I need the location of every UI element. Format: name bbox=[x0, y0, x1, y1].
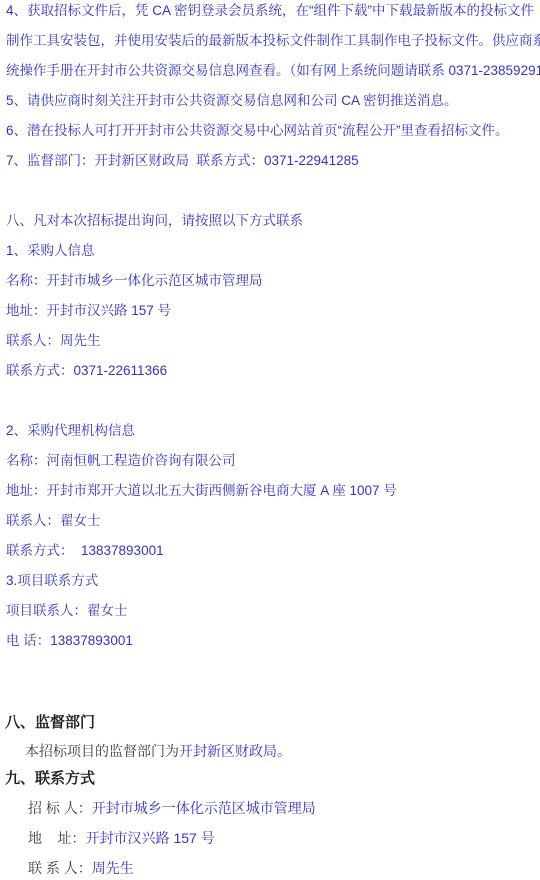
notice-item5: 5、请供应商时刻关注开封市公共资源交易信息网和公司 CA 密钥推送消息。 bbox=[0, 86, 540, 116]
contact-info-heading: 九、联系方式 bbox=[0, 765, 540, 793]
agency-info-heading: 2、采购代理机构信息 bbox=[0, 416, 540, 446]
contact-row-person: 联 系 人：周先生 bbox=[0, 853, 540, 880]
notice-item6: 6、潜在投标人可打开开封市公共资源交易中心网站首页“流程公开”里查看招标文件。 bbox=[0, 116, 540, 146]
project-contact-person: 项目联系人：翟女士 bbox=[0, 596, 540, 626]
supervision-body-prefix: 本招标项目的监督部门为 bbox=[25, 743, 179, 759]
purchaser-contact-person: 联系人：周先生 bbox=[0, 326, 540, 356]
agency-name: 名称：河南恒帆工程造价咨询有限公司 bbox=[0, 446, 540, 476]
contact-row-address: 地 址：开封市汉兴路 157 号 bbox=[0, 823, 540, 853]
inquiry-heading: 八、凡对本次招标提出询问，请按照以下方式联系 bbox=[0, 206, 540, 236]
notice-and-inquiry-section: 4、获取招标文件后，凭 CA 密钥登录会员系统，在“组件下载”中下载最新版本的投… bbox=[0, 0, 540, 656]
blank-line bbox=[0, 386, 540, 416]
agency-phone: 联系方式： 13837893001 bbox=[0, 536, 540, 566]
tenderer-value: 开封市城乡一体化示范区城市管理局 bbox=[92, 800, 316, 816]
section-gap bbox=[0, 656, 540, 709]
contact-person-label: 联 系 人： bbox=[28, 860, 92, 876]
notice-item4-line1: 4、获取招标文件后，凭 CA 密钥登录会员系统，在“组件下载”中下载最新版本的投… bbox=[0, 0, 540, 26]
project-contact-heading: 3.项目联系方式 bbox=[0, 566, 540, 596]
supervision-dept-heading: 八、监督部门 bbox=[0, 709, 540, 737]
contact-row-tenderer: 招 标 人：开封市城乡一体化示范区城市管理局 bbox=[0, 793, 540, 823]
agency-contact-person: 联系人：翟女士 bbox=[0, 506, 540, 536]
notice-item4-line3: 统操作手册在开封市公共资源交易信息网查看。（如有网上系统问题请联系 0371-2… bbox=[0, 56, 540, 86]
supervision-and-contact-section: 八、监督部门 本招标项目的监督部门为开封新区财政局。 九、联系方式 招 标 人：… bbox=[0, 709, 540, 880]
address-label: 地 址： bbox=[28, 830, 86, 846]
agency-address: 地址：开封市郑开大道以北五大街西侧新谷电商大厦 A 座 1007 号 bbox=[0, 476, 540, 506]
supervision-dept-body: 本招标项目的监督部门为开封新区财政局。 bbox=[0, 737, 540, 765]
notice-item4-line2: 制作工具安装包，并使用安装后的最新版本投标文件制作工具制作电子投标文件。供应商系 bbox=[0, 26, 540, 56]
purchaser-info-heading: 1、采购人信息 bbox=[0, 236, 540, 266]
purchaser-phone: 联系方式：0371-22611366 bbox=[0, 356, 540, 386]
purchaser-name: 名称：开封市城乡一体化示范区城市管理局 bbox=[0, 266, 540, 296]
tenderer-label: 招 标 人： bbox=[28, 800, 92, 816]
purchaser-address: 地址：开封市汉兴路 157 号 bbox=[0, 296, 540, 326]
document-page: 4、获取招标文件后，凭 CA 密钥登录会员系统，在“组件下载”中下载最新版本的投… bbox=[0, 0, 540, 880]
address-value: 开封市汉兴路 157 号 bbox=[86, 830, 215, 846]
contact-person-value: 周先生 bbox=[92, 860, 134, 876]
supervision-body-value: 开封新区财政局。 bbox=[179, 743, 291, 759]
notice-item7-supervision-dept: 7、监督部门：开封新区财政局 联系方式：0371-22941285 bbox=[0, 146, 540, 176]
blank-line bbox=[0, 176, 540, 206]
project-phone: 电 话：13837893001 bbox=[0, 626, 540, 656]
